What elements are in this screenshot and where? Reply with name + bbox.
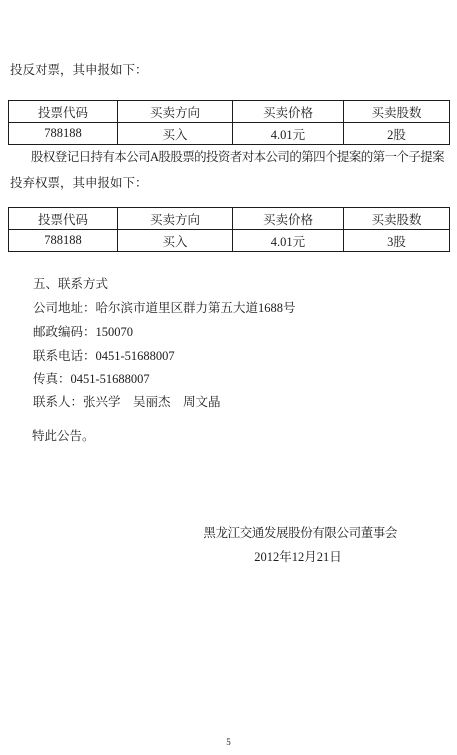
price-cell: 4.01元 <box>233 123 344 145</box>
table-header-row: 投票代码 买卖方向 买卖价格 买卖股数 <box>9 208 450 230</box>
contact-section-heading: 五、联系方式 <box>33 277 108 292</box>
abstain-vote-table: 投票代码 买卖方向 买卖价格 买卖股数 788188 买入 4.01元 3股 <box>8 207 450 252</box>
table-header-row: 投票代码 买卖方向 买卖价格 买卖股数 <box>9 101 450 123</box>
shares-cell: 3股 <box>344 230 450 252</box>
company-address-line: 公司地址：哈尔滨市道里区群力第五大道1688号 <box>33 301 296 316</box>
price-header: 买卖价格 <box>233 101 344 123</box>
direction-header: 买卖方向 <box>118 101 233 123</box>
page-number: 5 <box>0 735 457 750</box>
direction-cell: 买入 <box>118 230 233 252</box>
board-signature: 黑龙江交通发展股份有限公司董事会 <box>0 526 457 541</box>
announcement-date: 2012年12月21日 <box>200 550 396 565</box>
direction-header: 买卖方向 <box>118 208 233 230</box>
shares-header: 买卖股数 <box>344 208 450 230</box>
table-row: 788188 买入 4.01元 2股 <box>9 123 450 145</box>
abstain-paragraph-line2: 投弃权票，其申报如下： <box>10 176 148 191</box>
abstain-paragraph-line1: 股权登记日持有本公司A股股票的投资者对本公司的第四个提案的第一个子提案 <box>31 150 444 165</box>
postal-code-line: 邮政编码：150070 <box>33 325 133 340</box>
price-header: 买卖价格 <box>233 208 344 230</box>
vote-code-cell: 788188 <box>9 123 118 145</box>
shares-header: 买卖股数 <box>344 101 450 123</box>
contact-persons-line: 联系人：张兴学 吴丽杰 周文晶 <box>33 395 221 410</box>
vote-code-header: 投票代码 <box>9 101 118 123</box>
closing-statement: 特此公告。 <box>32 429 95 444</box>
price-cell: 4.01元 <box>233 230 344 252</box>
against-vote-intro-text: 投反对票，其申报如下： <box>10 63 148 78</box>
vote-code-header: 投票代码 <box>9 208 118 230</box>
against-vote-table: 投票代码 买卖方向 买卖价格 买卖股数 788188 买入 4.01元 2股 <box>8 100 450 145</box>
document-page: 投反对票，其申报如下： 投票代码 买卖方向 买卖价格 买卖股数 788188 买… <box>0 0 457 755</box>
fax-line: 传真：0451-51688007 <box>33 372 150 387</box>
shares-cell: 2股 <box>344 123 450 145</box>
table-row: 788188 买入 4.01元 3股 <box>9 230 450 252</box>
vote-code-cell: 788188 <box>9 230 118 252</box>
direction-cell: 买入 <box>118 123 233 145</box>
phone-line: 联系电话：0451-51688007 <box>33 349 175 364</box>
